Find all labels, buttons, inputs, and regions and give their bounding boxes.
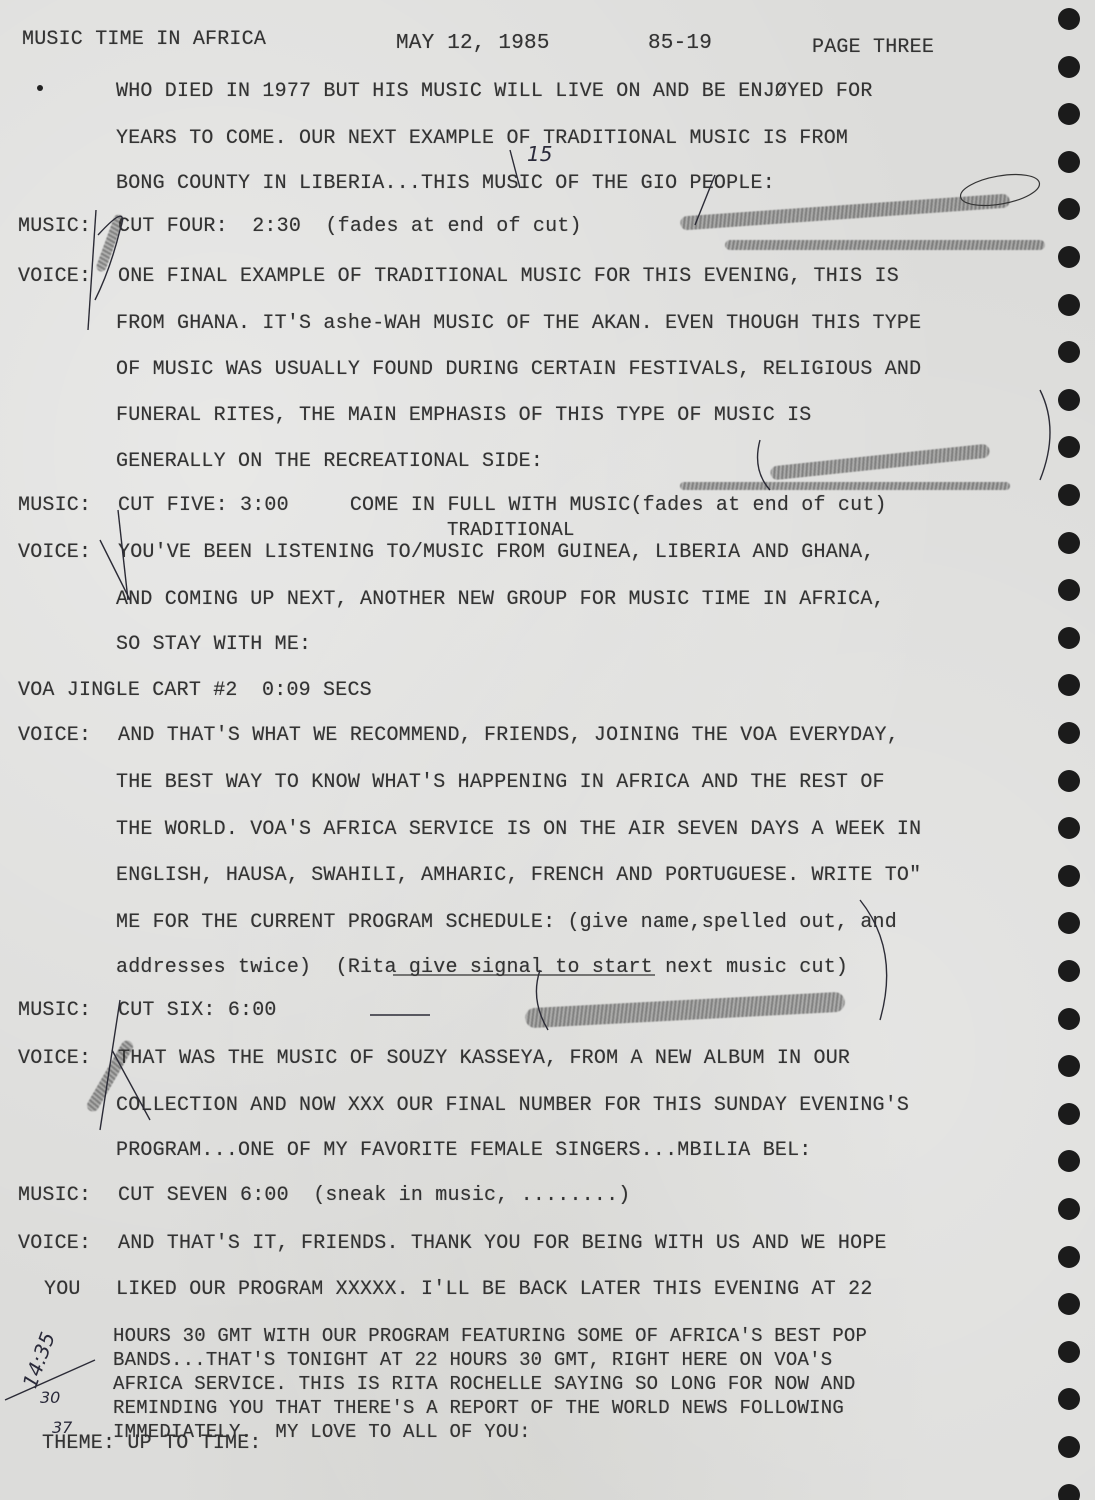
- binder-hole: [1058, 8, 1080, 30]
- binder-hole: [1058, 722, 1080, 744]
- binder-hole: [1058, 484, 1080, 506]
- binder-hole: [1058, 1198, 1080, 1220]
- binder-hole: [1058, 1341, 1080, 1363]
- binder-hole: [1058, 1103, 1080, 1125]
- binder-hole: [1058, 627, 1080, 649]
- binder-hole: [1058, 1008, 1080, 1030]
- binder-hole: [1058, 151, 1080, 173]
- binder-hole: [1058, 960, 1080, 982]
- binder-hole: [1058, 56, 1080, 78]
- binder-hole: [1058, 865, 1080, 887]
- binder-hole: [1058, 532, 1080, 554]
- pen-marks: [0, 0, 1095, 1500]
- binder-hole: [1058, 770, 1080, 792]
- binder-hole: [1058, 1246, 1080, 1268]
- binder-hole: [1058, 294, 1080, 316]
- binder-hole: [1058, 246, 1080, 268]
- binder-hole: [1058, 1436, 1080, 1458]
- binder-hole: [1058, 389, 1080, 411]
